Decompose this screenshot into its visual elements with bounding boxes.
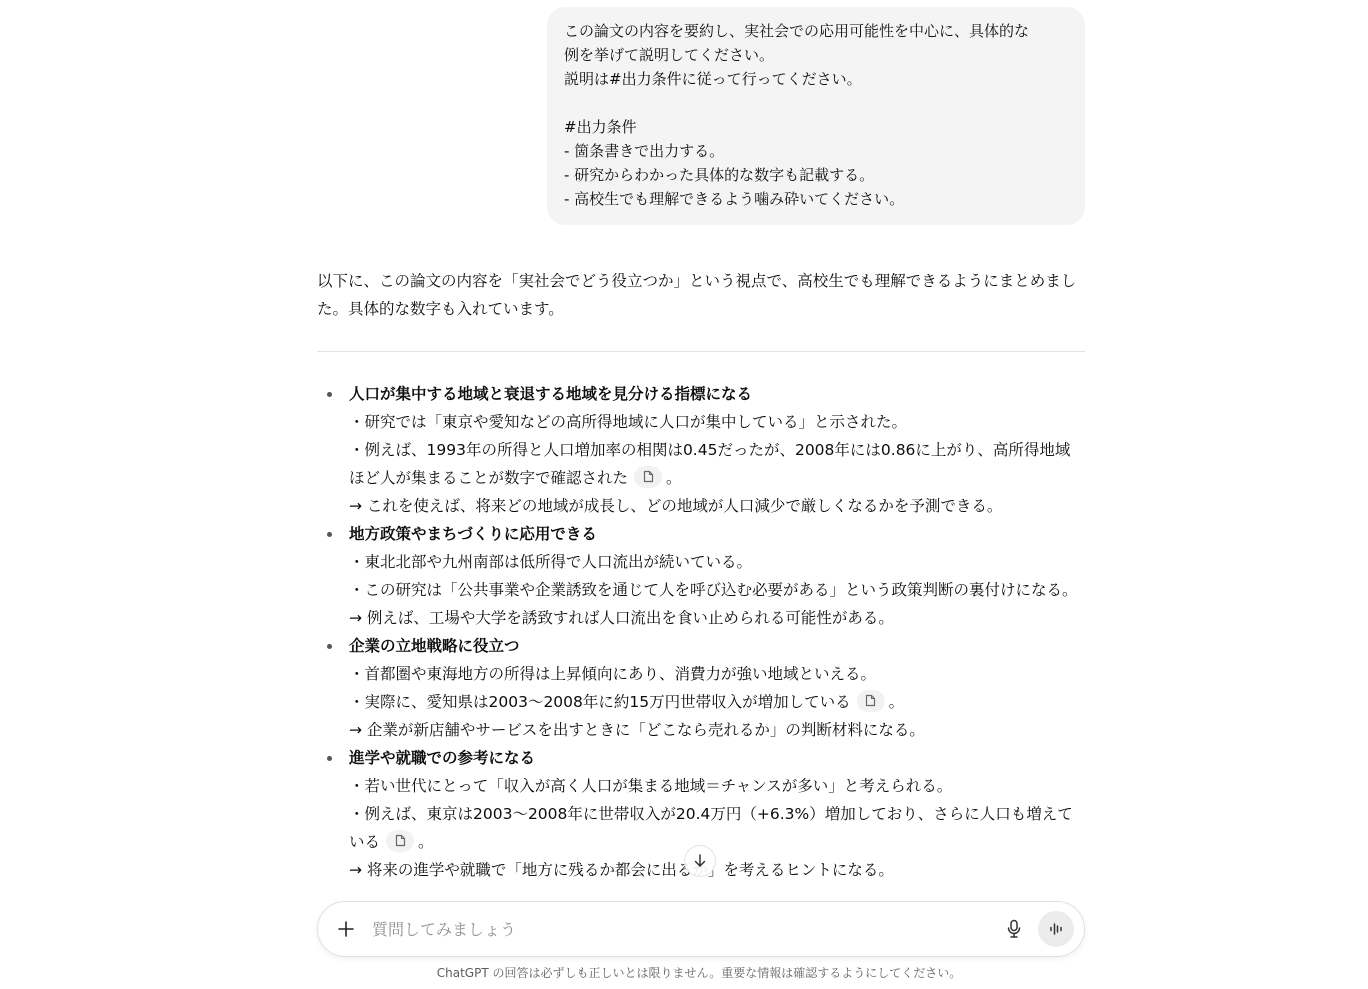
point-line: ・研究では「東京や愛知などの高所得地域に人口が集中している」と示された。	[349, 408, 1085, 436]
point-title: 地方政策やまちづくりに応用できる	[349, 520, 1085, 548]
citation-chip[interactable]	[634, 466, 662, 488]
dictation-button[interactable]	[996, 911, 1032, 947]
point-line: ・この研究は「公共事業や企業誘致を通じて人を呼び込む必要がある」という政策判断の…	[349, 576, 1085, 604]
point-line-text: ・例えば、1993年の所得と人口増加率の相関は0.45だったが、2008年には0…	[349, 441, 1070, 487]
assistant-bullet-list: 人口が集中する地域と衰退する地域を見分ける指標になる ・研究では「東京や愛知など…	[317, 380, 1085, 884]
document-icon	[865, 694, 876, 707]
point-title: 進学や就職での参考になる	[349, 744, 1085, 772]
list-item: 人口が集中する地域と衰退する地域を見分ける指標になる ・研究では「東京や愛知など…	[317, 380, 1085, 520]
document-icon	[643, 470, 654, 483]
arrow-down-icon	[692, 853, 708, 869]
document-icon	[395, 834, 406, 847]
message-input[interactable]	[370, 919, 996, 940]
list-item: 地方政策やまちづくりに応用できる ・東北北部や九州南部は低所得で人口流出が続いて…	[317, 520, 1085, 632]
scroll-to-bottom-button[interactable]	[684, 845, 716, 877]
point-line: → 将来の進学や就職で「地方に残るか都会に出るか」を考えるヒントになる。	[349, 856, 1085, 884]
user-message-bubble: この論文の内容を要約し、実社会での応用可能性を中心に、具体的な 例を挙げて説明し…	[547, 7, 1085, 225]
point-line-text: ・例えば、東京は2003〜2008年に世帯収入が20.4万円（+6.3%）増加し…	[349, 805, 1073, 851]
point-line: ・例えば、東京は2003〜2008年に世帯収入が20.4万円（+6.3%）増加し…	[349, 800, 1085, 856]
conversation-thread[interactable]: この論文の内容を要約し、実社会での応用可能性を中心に、具体的な 例を挙げて説明し…	[317, 0, 1085, 900]
assistant-message: 以下に、この論文の内容を「実社会でどう役立つか」という視点で、高校生でも理解でき…	[317, 267, 1085, 884]
user-message-row: この論文の内容を要約し、実社会での応用可能性を中心に、具体的な 例を挙げて説明し…	[317, 0, 1085, 225]
assistant-intro: 以下に、この論文の内容を「実社会でどう役立つか」という視点で、高校生でも理解でき…	[317, 267, 1085, 323]
voice-mode-button[interactable]	[1038, 911, 1074, 947]
point-line: ・首都圏や東海地方の所得は上昇傾向にあり、消費力が強い地域といえる。	[349, 660, 1085, 688]
point-line: ・例えば、1993年の所得と人口増加率の相関は0.45だったが、2008年には0…	[349, 436, 1085, 492]
punctuation: 。	[666, 469, 682, 487]
point-line: ・東北北部や九州南部は低所得で人口流出が続いている。	[349, 548, 1085, 576]
point-title: 人口が集中する地域と衰退する地域を見分ける指標になる	[349, 380, 1085, 408]
point-line: → これを使えば、将来どの地域が成長し、どの地域が人口減少で厳しくなるかを予測で…	[349, 492, 1085, 520]
voice-mode-icon	[1048, 922, 1064, 936]
point-line: → 例えば、工場や大学を誘致すれば人口流出を食い止められる可能性がある。	[349, 604, 1085, 632]
punctuation: 。	[889, 693, 905, 711]
microphone-icon	[1006, 919, 1022, 939]
chat-viewport: この論文の内容を要約し、実社会での応用可能性を中心に、具体的な 例を挙げて説明し…	[0, 0, 1368, 989]
plus-icon	[337, 920, 355, 938]
attach-button[interactable]	[328, 911, 364, 947]
message-composer	[317, 901, 1085, 957]
list-item: 企業の立地戦略に役立つ ・首都圏や東海地方の所得は上昇傾向にあり、消費力が強い地…	[317, 632, 1085, 744]
disclaimer: ChatGPT の回答は必ずしも正しいとは限りません。重要な情報は確認するように…	[0, 964, 1368, 981]
point-line: ・実際に、愛知県は2003〜2008年に約15万円世帯収入が増加している。	[349, 688, 1085, 716]
point-line: → 企業が新店舗やサービスを出すときに「どこなら売れるか」の判断材料になる。	[349, 716, 1085, 744]
citation-chip[interactable]	[857, 690, 885, 712]
point-line-text: ・実際に、愛知県は2003〜2008年に約15万円世帯収入が増加している	[349, 693, 851, 711]
point-line: ・若い世代にとって「収入が高く人口が集まる地域＝チャンスが多い」と考えられる。	[349, 772, 1085, 800]
citation-chip[interactable]	[386, 830, 414, 852]
point-title: 企業の立地戦略に役立つ	[349, 632, 1085, 660]
divider	[317, 351, 1085, 352]
punctuation: 。	[418, 833, 434, 851]
